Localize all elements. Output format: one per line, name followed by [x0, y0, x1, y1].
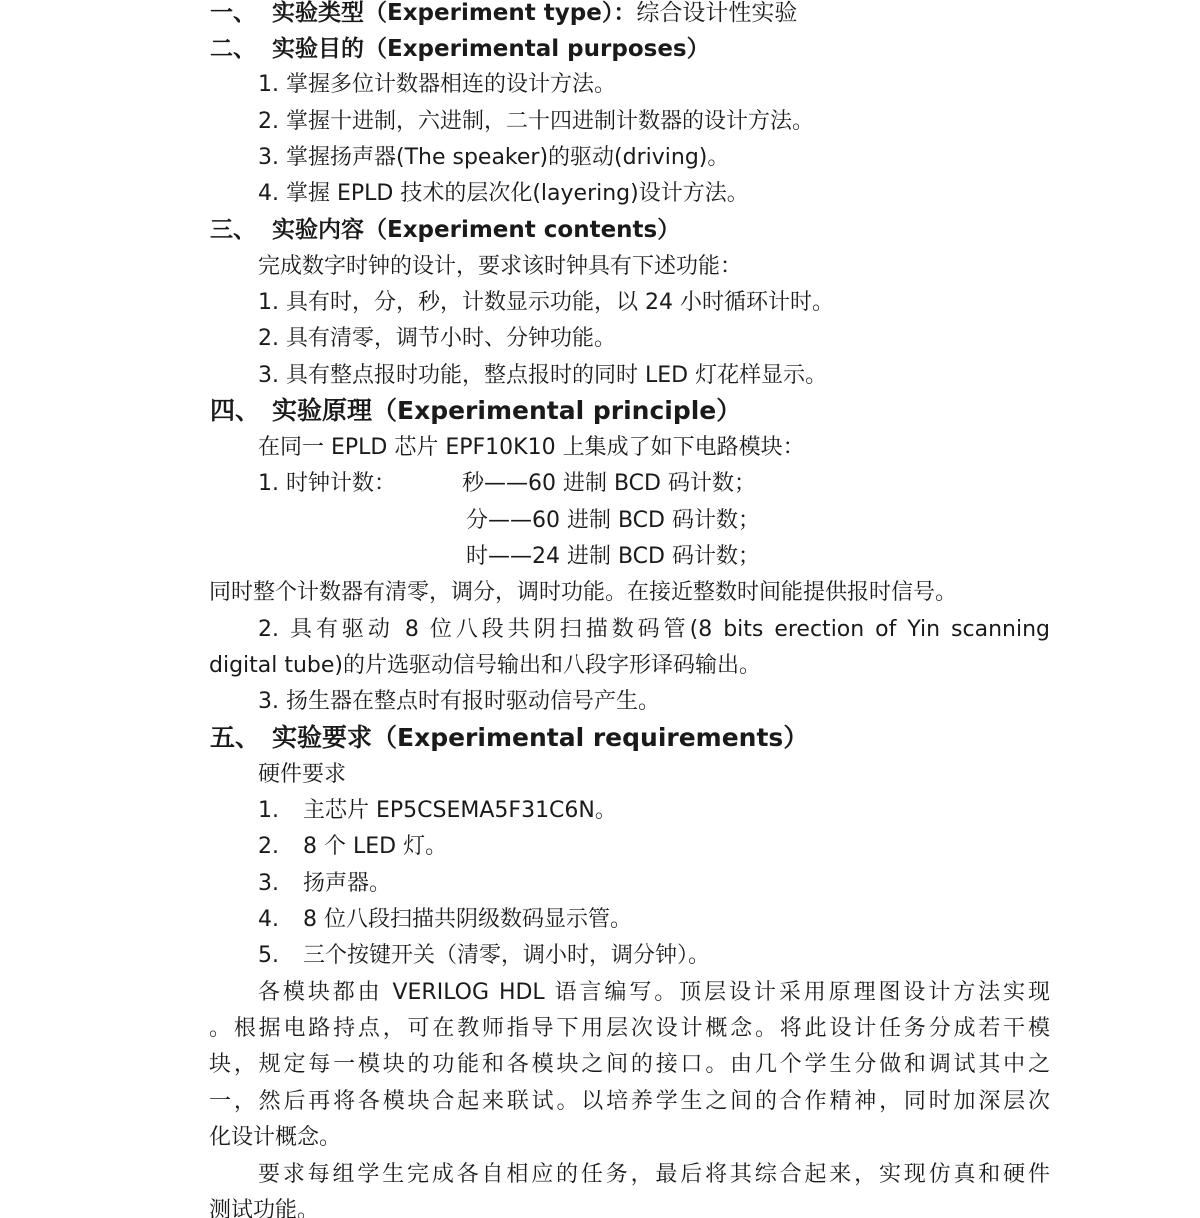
item-number: 1.: [258, 796, 303, 826]
list-item: 2.8 个 LED 灯。: [258, 832, 447, 862]
list-item: 2. 具有清零，调节小时、分钟功能。: [258, 324, 616, 354]
item-text: 扬声器。: [303, 871, 391, 896]
section-5-heading: 五、实验要求（Experimental requirements）: [210, 723, 808, 753]
item-number: 5.: [258, 941, 303, 971]
seconds-counter: 秒——60 进制 BCD 码计数；: [462, 469, 756, 499]
item-text: 主芯片 EP5CSEMA5F31C6N。: [303, 798, 617, 823]
hours-counter: 时——24 进制 BCD 码计数；: [466, 542, 760, 572]
clock-count-label: 1. 时钟计数：: [258, 469, 396, 499]
list-item: 1.主芯片 EP5CSEMA5F31C6N。: [258, 796, 617, 826]
paragraph-line: 各模块都由 VERILOG HDL 语言编写。顶层设计采用原理图设计方法实现: [258, 978, 1050, 1008]
item-text: 8 个 LED 灯。: [303, 834, 447, 859]
section-intro: 完成数字时钟的设计，要求该时钟具有下述功能：: [258, 252, 742, 282]
section-4-heading: 四、实验原理（Experimental principle）: [210, 396, 741, 426]
item-text: 8 位八段扫描共阴级数码显示管。: [303, 907, 632, 932]
paragraph-line: 测试功能。: [209, 1196, 319, 1218]
section-title: 实验要求（Experimental requirements）: [272, 723, 808, 752]
section-number: 四、: [210, 396, 272, 426]
list-item: 4.8 位八段扫描共阴级数码显示管。: [258, 905, 632, 935]
paragraph-line: 一，然后再将各模块合起来联试。以培养学生之间的合作精神，同时加深层次: [209, 1087, 1050, 1117]
section-intro: 在同一 EPLD 芯片 EPF10K10 上集成了如下电路模块：: [258, 433, 805, 463]
section-number: 三、: [210, 215, 272, 245]
list-item: 1. 掌握多位计数器相连的设计方法。: [258, 70, 616, 100]
section-number: 二、: [210, 34, 272, 64]
section-title: 实验原理（Experimental principle）: [272, 396, 741, 425]
section-2-heading: 二、实验目的（Experimental purposes）: [210, 34, 710, 64]
section-3-heading: 三、实验内容（Experiment contents）: [210, 215, 680, 245]
section-number: 一、: [210, 0, 272, 28]
item-number: 2.: [258, 832, 303, 862]
section-title: 实验内容（Experiment contents）: [272, 217, 680, 243]
list-item-line: 2. 具有驱动 8 位八段共阴扫描数码管(8 bits erection of …: [258, 615, 1050, 645]
section-title: 实验目的（Experimental purposes）: [272, 36, 710, 62]
paragraph: 同时整个计数器有清零，调分，调时功能。在接近整数时间能提供报时信号。: [209, 578, 957, 608]
list-item: 2. 掌握十进制，六进制，二十四进制计数器的设计方法。: [258, 107, 814, 137]
list-item: 1. 具有时，分，秒，计数显示功能，以 24 小时循环计时。: [258, 288, 834, 318]
paragraph-line: 要求每组学生完成各自相应的任务，最后将其综合起来，实现仿真和硬件: [258, 1160, 1050, 1190]
list-item: 3. 扬生器在整点时有报时驱动信号产生。: [258, 687, 660, 717]
section-intro: 硬件要求: [258, 760, 346, 790]
list-item: 4. 掌握 EPLD 技术的层次化(layering)设计方法。: [258, 179, 749, 209]
paragraph-line: 块，规定每一模块的功能和各模块之间的接口。由几个学生分做和调试其中之: [209, 1050, 1050, 1080]
item-number: 4.: [258, 905, 303, 935]
list-item: 3. 具有整点报时功能，整点报时的同时 LED 灯花样显示。: [258, 361, 827, 391]
experiment-type-value: 综合设计性实验: [636, 0, 797, 26]
minutes-counter: 分——60 进制 BCD 码计数；: [466, 506, 760, 536]
paragraph-line: 。根据电路持点，可在教师指导下用层次设计概念。将此设计任务分成若干模: [209, 1014, 1050, 1044]
list-item: 3.扬声器。: [258, 869, 391, 899]
list-item-line: digital tube)的片选驱动信号输出和八段字形译码输出。: [209, 651, 761, 681]
item-number: 3.: [258, 869, 303, 899]
section-title: 实验类型（Experiment type）：: [272, 0, 636, 26]
section-number: 五、: [210, 723, 272, 753]
item-text: 三个按键开关（清零，调小时，调分钟）。: [303, 943, 710, 968]
list-item: 5.三个按键开关（清零，调小时，调分钟）。: [258, 941, 710, 971]
paragraph-line: 化设计概念。: [209, 1123, 341, 1153]
section-1-heading: 一、实验类型（Experiment type）：综合设计性实验: [210, 0, 797, 28]
list-item: 3. 掌握扬声器(The speaker)的驱动(driving)。: [258, 143, 729, 173]
